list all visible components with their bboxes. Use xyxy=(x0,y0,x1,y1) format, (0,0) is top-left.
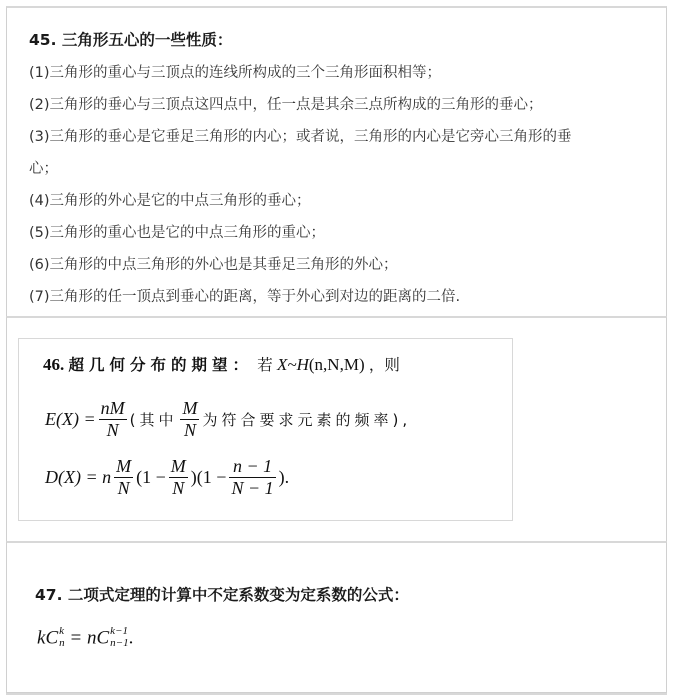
fraction: M N xyxy=(114,457,133,498)
item-46-heading: 46. 超几何分布的期望： 若 X~H(n,N,M) ，则 xyxy=(43,353,400,375)
expectation-formula: E(X) = nM N (其中 M N 为符合要求元素的频率), xyxy=(45,399,411,440)
variance-formula: D(X) = n M N (1 − M N )(1 − n − 1 N − 1 … xyxy=(45,457,289,498)
binomial-coefficient-formula: kCkn = nCk−1n−1. xyxy=(37,627,133,651)
property-line-4: (4)三角形的外心是它的中点三角形的垂心； xyxy=(29,189,311,210)
fraction: M N xyxy=(180,399,199,440)
item-45-heading: 45. 三角形五心的一些性质： xyxy=(29,28,232,50)
hypergeometric-formula-image: 46. 超几何分布的期望： 若 X~H(n,N,M) ，则 E(X) = nM … xyxy=(18,338,513,521)
fraction: M N xyxy=(169,457,188,498)
fraction: n − 1 N − 1 xyxy=(229,457,275,498)
distribution-symbol: X~H xyxy=(277,355,309,374)
item-46-cell: 46. 超几何分布的期望： 若 X~H(n,N,M) ，则 E(X) = nM … xyxy=(6,316,667,542)
property-line-3-cont: 心； xyxy=(29,157,58,178)
fraction: nM N xyxy=(99,399,127,440)
item-45-cell: 45. 三角形五心的一些性质： (1)三角形的重心与三顶点的连线所构成的三个三角… xyxy=(6,6,667,317)
divider xyxy=(6,693,667,695)
property-line-1: (1)三角形的重心与三顶点的连线所构成的三个三角形面积相等； xyxy=(29,61,441,82)
property-line-3: (3)三角形的垂心是它垂足三角形的内心；或者说，三角形的内心是它旁心三角形的垂 xyxy=(29,125,572,146)
item-46-title: 超几何分布的期望： xyxy=(69,356,254,374)
item-47-heading: 47. 二项式定理的计算中不定系数变为定系数的公式： xyxy=(35,583,409,605)
item-47-cell: 47. 二项式定理的计算中不定系数变为定系数的公式： kCkn = nCk−1n… xyxy=(6,541,667,693)
property-line-2: (2)三角形的垂心与三顶点这四点中，任一点是其余三点所构成的三角形的垂心； xyxy=(29,93,543,114)
property-line-7: (7)三角形的任一顶点到垂心的距离，等于外心到对边的距离的二倍. xyxy=(29,285,460,306)
property-line-5: (5)三角形的重心也是它的中点三角形的重心； xyxy=(29,221,325,242)
property-line-6: (6)三角形的中点三角形的外心也是其垂足三角形的外心； xyxy=(29,253,398,274)
